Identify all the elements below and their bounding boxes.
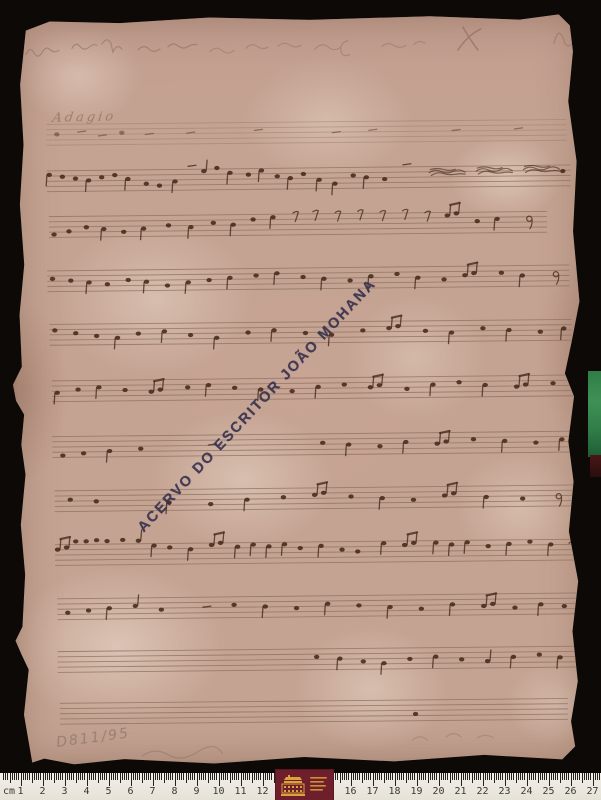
archive-logo <box>276 770 333 800</box>
green-backing-card <box>588 371 601 457</box>
measurement-ruler: cm 1234567891011121314151617181920212223… <box>0 773 601 800</box>
manuscript-page: Adagio ACERVO DO ESCRITOR JOÃO MOHANA D8… <box>10 11 591 767</box>
building-icon <box>276 770 333 800</box>
ruler-unit-label: cm <box>3 786 15 797</box>
faint-bottom-marks <box>14 721 590 767</box>
photo-scene: Adagio ACERVO DO ESCRITOR JOÃO MOHANA D8… <box>0 0 601 800</box>
faint-title-script <box>10 11 586 95</box>
staves-container <box>10 11 586 15</box>
dark-backing-corner <box>590 455 601 477</box>
music-staff <box>52 357 575 423</box>
